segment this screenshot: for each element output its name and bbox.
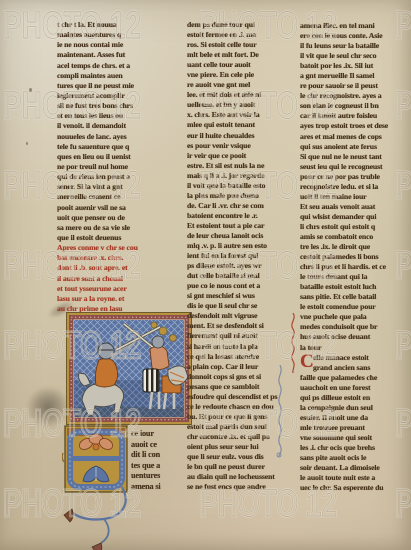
body-text-block: faille que palamedes cheuauchoit en une … <box>300 373 407 494</box>
text-line: dit li con <box>131 450 193 461</box>
text-line: dut celle bataille si mal <box>187 271 292 281</box>
text-line: eur il huite cheualdes <box>187 131 292 141</box>
drop-cap-c-paragraph: C elle manace estoitgrand ancien sans <box>300 353 407 373</box>
text-column-left: t chr t la. Et nouuamaintes auentures qi… <box>57 20 175 314</box>
ivy-leaf <box>64 509 73 522</box>
text-line: il fu leuns seur la bataille <box>300 41 407 51</box>
text-line: nouueles de lanc. ayes <box>57 132 175 142</box>
text-line: mlt bele et mlt fort. De <box>187 50 292 60</box>
text-line: se ne fust encs que andre <box>187 482 292 492</box>
text-line: qui wlsist demander qui <box>300 212 407 222</box>
text-line: Et seu auais venoit auat <box>300 202 407 212</box>
text-line: bataille estoit estoit luch <box>300 282 407 292</box>
parchment-speck <box>29 88 32 92</box>
text-line: ie bn quil ne peust durer <box>187 462 292 472</box>
text-line: il voit que la bataille esto <box>187 181 292 191</box>
text-line: recognoistre ledu. et si la <box>300 182 407 192</box>
text-line: elle manace estoit <box>313 353 407 363</box>
text-line: vne sonomme qui seoit <box>300 433 407 443</box>
text-line: sans pitie. Et celle batail <box>300 292 407 302</box>
text-line: fierement quil ni auoit <box>187 331 292 341</box>
text-line: que il estoit deuenus <box>57 233 175 243</box>
text-line: re pour sauoir se il peust <box>300 81 407 91</box>
text-line: tele fu sauenture que q <box>57 142 175 152</box>
body-text-block: t chr t la. Et nouuamaintes auentures qi… <box>57 20 175 243</box>
text-line: si gnt meschief si wus <box>187 291 292 301</box>
text-line: uauchoit en une forest <box>300 383 407 393</box>
text-line: maintenant. Asses fut <box>57 50 175 60</box>
text-line: si hardi en toute la pla <box>187 342 292 352</box>
text-line: les .i. chr ocis que brehs <box>300 443 407 453</box>
text-line: tures que il ne peust mie <box>57 81 175 91</box>
text-line: ros. Si estoit celle tour <box>187 40 292 50</box>
text-line: ere con ie uous conte. Asie <box>300 31 407 41</box>
text-line: uoit il ten maine iour <box>300 192 407 202</box>
text-line: amena si <box>131 482 193 493</box>
text-line: chrs li pus et li hardis. et ce <box>300 262 407 272</box>
text-line: vne puchele que pala <box>300 312 407 322</box>
text-line: uentures <box>131 471 193 482</box>
text-line: le chr recognoistre. ayes a <box>300 91 407 101</box>
text-line: re auoit vne gnt mel <box>187 80 292 90</box>
text-line: li chrs estoit qui estoit q <box>300 222 407 232</box>
text-line: dont li .b. sont apre. et <box>57 263 175 273</box>
text-line: amis se combatoit enco <box>300 232 407 242</box>
text-line: le estoit comendue pour <box>300 302 407 312</box>
text-line: et en tous les lieus ou <box>57 111 175 121</box>
rubric-text-block: Apres conme v chr se coubat encontre .x.… <box>57 243 175 314</box>
text-line: sener. Si la vint a gnt <box>57 182 175 192</box>
manuscript-photo: t chr t la. Et nouuamaintes auentures qi… <box>0 0 411 550</box>
text-line: amena illec. en tel mani <box>300 21 407 31</box>
text-line: la tour <box>300 343 407 353</box>
text-line: le auoit toute nuit este a <box>300 473 407 483</box>
text-line: ce qui la losast atendre <box>187 352 292 362</box>
text-line: uelleuse. et bn y auoit <box>187 100 292 110</box>
text-line: la compaignie dun seul <box>300 403 407 413</box>
text-line: Si que nul ne le neust tant <box>300 152 407 162</box>
text-line: uoit que penser ou de <box>57 213 175 223</box>
text-line: hus auoit ocise deuant <box>300 332 407 342</box>
text-line: la plus male pue dumo <box>187 191 292 201</box>
text-line: Et estoient tout a pie car <box>187 221 292 231</box>
text-line: cestoit palamedes li bons <box>300 252 407 262</box>
text-line: medes conduisoit que br <box>300 322 407 332</box>
parchment-speck <box>26 142 28 145</box>
text-line: Apres conme v chr se cou <box>57 243 175 253</box>
text-line: auoit ce <box>131 440 193 451</box>
text-line: mle trouuee preuant <box>300 423 407 433</box>
text-line: ne por treuil nul home <box>57 162 175 172</box>
text-line: de. Car li .vr. chr se com <box>187 201 292 211</box>
text-line: uec le chr. Sa esperente du <box>300 483 407 493</box>
body-text-block: amena illec. en tel maniere con ie uous … <box>300 21 407 353</box>
red-penwork-flourish <box>288 313 298 373</box>
text-line: ir veir que ce pooit <box>187 151 292 161</box>
text-line: ayes trop estoit troes et dese <box>300 121 407 131</box>
text-line: ares et mal menes de cops <box>300 132 407 142</box>
text-line: il venoit. il demandoit <box>57 121 175 131</box>
text-line: lee. et mlt dois et mle ni <box>187 90 292 100</box>
text-line: qui sus anoient ate ferus <box>300 142 407 152</box>
text-line: batoit por les .ix. Sil iut <box>300 61 407 71</box>
text-line: ce iour <box>131 429 193 440</box>
ivy-leaf <box>92 543 102 550</box>
text-line: lasu sur a la royne. et <box>57 294 175 304</box>
text-line: vne piere. En cele pie <box>187 70 292 80</box>
left-knight-surcoat <box>95 358 117 387</box>
text-line: a gnt merueille Il samel <box>300 71 407 81</box>
text-line: ques en lieu ou il uenist <box>57 152 175 162</box>
text-line: esuier. Il auoit une da <box>300 413 407 423</box>
text-line: seust ieu qui le recogneust <box>300 162 407 172</box>
text-line: tre les .ix. le diroit que <box>300 242 407 252</box>
text-line: mlq .v. p. li autre sen esto <box>187 241 292 251</box>
text-line: qui de riens len peust a <box>57 172 175 182</box>
text-line: pue co ie nous cont et a <box>187 281 292 291</box>
text-line: dem ps dune tour qui <box>187 20 292 30</box>
drop-cap-a-paragraph: ce iourauoit cedit li contes que auentur… <box>131 429 193 493</box>
text-line: estre. Et sil est nuls la ne <box>187 161 292 171</box>
text-line: sans pite auoit ocis le <box>300 453 407 463</box>
text-line: sa mere ou de sa vie sle <box>57 223 175 233</box>
text-line: estoit fermee en .i. ma <box>187 30 292 40</box>
text-line: il vit que le seul chr seco <box>300 51 407 61</box>
text-line: merueille coment ce <box>57 192 175 202</box>
text-line: soir deuant. La dimoisele <box>300 463 407 473</box>
text-line: x. chrs. Este aut voir la <box>187 110 292 120</box>
text-line: de leur cheua lanoit ocis <box>187 231 292 241</box>
text-line: et tout ysseurune acer <box>57 284 175 294</box>
text-line: bat encontre .x. chrs. <box>57 253 175 263</box>
text-line: batoient encontre le .r. <box>187 211 292 221</box>
text-line: t chr t la. Et nouua <box>57 20 175 30</box>
text-line: mlee qui estoit tenant <box>187 120 292 130</box>
text-line: uant celle tour auoit <box>187 60 292 70</box>
text-line: dis ie que li seul chr se <box>187 301 292 311</box>
text-line: es pour venir vsique <box>187 141 292 151</box>
text-line: pooit auenir vsil ne sa <box>57 203 175 213</box>
text-line: qui ps dilleue estoit en <box>300 393 407 403</box>
blue-penwork-flourish <box>274 365 286 460</box>
text-line: le tours deuant qui la <box>300 272 407 282</box>
text-line: ient fui en la forest qui <box>187 251 292 261</box>
text-line: car il lanoit autre foisleu <box>300 111 407 121</box>
text-line: compli maintes auen <box>57 71 175 81</box>
text-line: acel temps de chrs. et a <box>57 61 175 71</box>
text-line: sil ne fust tres bons chrs <box>57 101 175 111</box>
text-line: pour ce ne por pas truble <box>300 172 407 182</box>
text-line: legierement acomplir <box>57 91 175 101</box>
text-line: mais q il a .i. jor regarde <box>187 171 292 181</box>
text-line: son elan le cogneust il bn <box>300 101 407 111</box>
striped-shield <box>143 369 159 392</box>
text-line: ment. Et se desfendoit si <box>187 321 292 331</box>
red-initial-c: C <box>300 352 314 372</box>
text-line: au diain quil ne locheussent <box>187 472 292 482</box>
text-line: ps dileue estoit. ayes wr <box>187 261 292 271</box>
text-line: grand ancien sans <box>313 363 407 373</box>
text-column-right: amena illec. en tel maniere con ie uous … <box>300 21 407 493</box>
decorated-initial-a <box>62 425 138 550</box>
text-line: tes que a <box>131 461 193 472</box>
text-line: ie ne nous contai mie <box>57 40 175 50</box>
right-knight <box>150 346 169 370</box>
text-line: maintes auentures q <box>57 30 175 40</box>
miniature-knights-combat <box>66 312 192 425</box>
text-line: faille que palamedes che <box>300 373 407 383</box>
text-line: il autre sont a cheual <box>57 274 175 284</box>
text-line: desfendoit mlt vigruse <box>187 311 292 321</box>
